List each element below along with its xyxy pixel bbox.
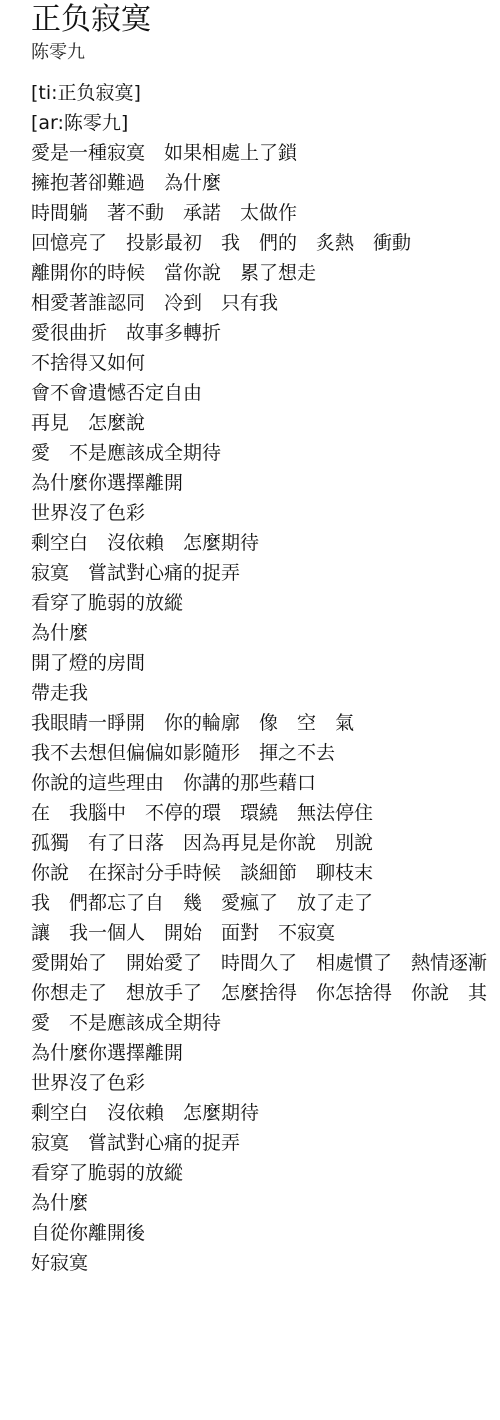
lyric-line: 時間躺 著不動 承諾 太做作	[31, 198, 500, 228]
lyric-tag-title: [ti:正负寂寞]	[31, 78, 500, 108]
lyric-line: 剩空白 沒依賴 怎麼期待	[31, 1098, 500, 1128]
lyric-line: 我眼睛一睜開 你的輪廓 像 空 氣	[31, 708, 500, 738]
lyric-line: 開了燈的房間	[31, 648, 500, 678]
lyric-line: 孤獨 有了日落 因為再見是你說 別說	[31, 828, 500, 858]
lyric-line: 愛很曲折 故事多轉折	[31, 318, 500, 348]
lyric-line: 世界沒了色彩	[31, 498, 500, 528]
lyric-line: 為什麼	[31, 618, 500, 648]
lyric-line: 自從你離開後	[31, 1218, 500, 1248]
lyric-line: 會不會遺憾否定自由	[31, 378, 500, 408]
lyric-line: 你說 在探討分手時候 談細節 聊枝末	[31, 858, 500, 888]
lyric-line: 不捨得又如何	[31, 348, 500, 378]
lyric-line: 你想走了 想放手了 怎麼捨得 你怎捨得 你說 其	[31, 978, 500, 1008]
lyrics-page: 正负寂寞 陈零九 [ti:正负寂寞] [ar:陈零九] 愛是一種寂寞 如果相處上…	[31, 0, 500, 1278]
lyric-line: 剩空白 沒依賴 怎麼期待	[31, 528, 500, 558]
lyric-line: 再見 怎麼說	[31, 408, 500, 438]
lyric-line: 離開你的時候 當你說 累了想走	[31, 258, 500, 288]
lyric-line: 寂寞 嘗試對心痛的捉弄	[31, 1128, 500, 1158]
lyric-line: 為什麼你選擇離開	[31, 1038, 500, 1068]
lyric-line: 帶走我	[31, 678, 500, 708]
lyrics-body: [ti:正负寂寞] [ar:陈零九] 愛是一種寂寞 如果相處上了鎖 擁抱著卻難過…	[31, 78, 500, 1278]
lyric-line: 相愛著誰認同 冷到 只有我	[31, 288, 500, 318]
lyric-line: 世界沒了色彩	[31, 1068, 500, 1098]
song-title: 正负寂寞	[31, 0, 500, 40]
lyric-line: 我 們都忘了自 幾 愛瘋了 放了走了	[31, 888, 500, 918]
lyric-line: 擁抱著卻難過 為什麼	[31, 168, 500, 198]
artist-name: 陈零九	[31, 41, 500, 65]
lyric-line: 好寂寞	[31, 1248, 500, 1278]
lyric-line: 你說的這些理由 你講的那些藉口	[31, 768, 500, 798]
lyric-line: 愛是一種寂寞 如果相處上了鎖	[31, 138, 500, 168]
lyric-line: 讓 我一個人 開始 面對 不寂寞	[31, 918, 500, 948]
lyric-line: 為什麼	[31, 1188, 500, 1218]
lyric-tag-artist: [ar:陈零九]	[31, 108, 500, 138]
lyric-line: 愛開始了 開始愛了 時間久了 相處慣了 熱情逐漸	[31, 948, 500, 978]
lyric-line: 看穿了脆弱的放縱	[31, 588, 500, 618]
lyric-line: 愛 不是應該成全期待	[31, 1008, 500, 1038]
lyric-line: 為什麼你選擇離開	[31, 468, 500, 498]
lyric-line: 寂寞 嘗試對心痛的捉弄	[31, 558, 500, 588]
lyric-line: 愛 不是應該成全期待	[31, 438, 500, 468]
lyric-line: 看穿了脆弱的放縱	[31, 1158, 500, 1188]
lyric-line: 在 我腦中 不停的環 環繞 無法停住	[31, 798, 500, 828]
lyric-line: 回憶亮了 投影最初 我 們的 炙熱 衝動	[31, 228, 500, 258]
lyric-line: 我不去想但偏偏如影隨形 揮之不去	[31, 738, 500, 768]
